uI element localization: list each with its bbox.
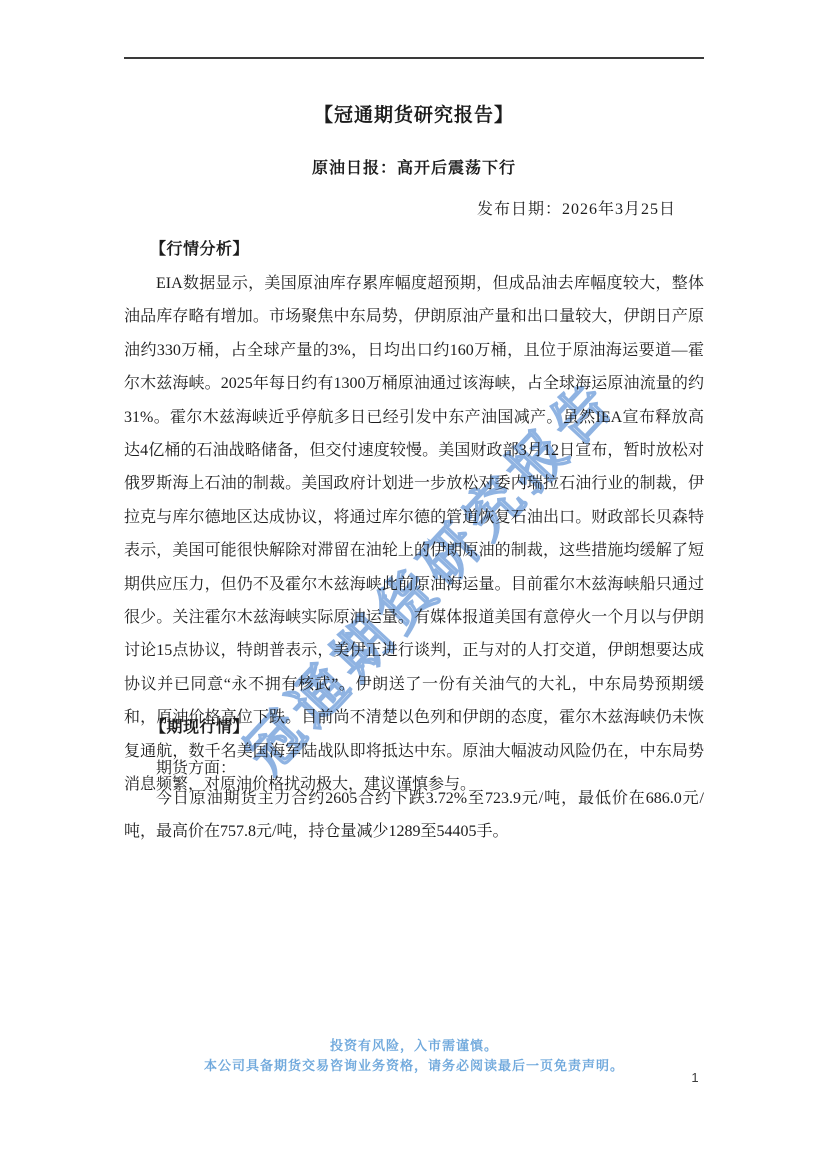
page-number: 1 <box>680 1070 710 1085</box>
section-heading-analysis: 【行情分析】 <box>124 236 704 259</box>
futures-paragraph: 今日原油期货主力合约2605合约下跌3.72%至723.9元/吨，最低价在686… <box>124 782 704 849</box>
report-page: 冠通期货研究报告 【冠通期货研究报告】 原油日报：高开后震荡下行 发布日期：20… <box>0 0 828 1170</box>
publish-date: 发布日期：2026年3月25日 <box>124 196 676 219</box>
futures-lead-line: 期货方面： <box>124 752 704 785</box>
report-headline: 原油日报：高开后震荡下行 <box>0 155 828 178</box>
report-series-title: 【冠通期货研究报告】 <box>0 100 828 127</box>
footer-risk-warning: 投资有风险，入市需谨慎。 <box>0 1035 828 1054</box>
section-heading-market: 【期现行情】 <box>124 714 704 737</box>
header-rule <box>124 57 704 59</box>
